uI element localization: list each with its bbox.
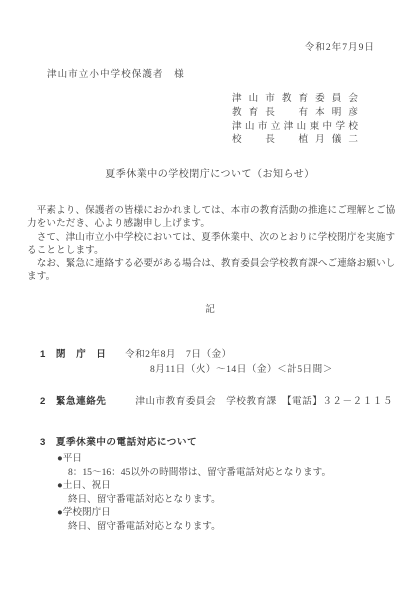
sender-superintendent: 教育長 有本明彦: [232, 106, 358, 120]
paragraph-1-line-2: 力をいただき、心より感謝申し上げます。: [27, 217, 393, 230]
document-page: 令和2年7月9日 津山市立小中学校保護者 様 津山市教育委員会 教育長 有本明彦…: [0, 0, 420, 594]
bullet-weekday-detail: 8：15～16：45以外の時間帯は、留守番電話対応となります。: [68, 466, 393, 480]
item-1-value-line-1: 令和2年8月 7日（金）: [125, 346, 232, 360]
item-2-label: 2 緊急連絡先: [40, 393, 135, 407]
item-1-label: 1 閉 庁 日: [40, 346, 125, 360]
document-date: 令和2年7月9日: [27, 41, 393, 54]
item-3-label: 3 夏季休業中の電話対応について: [40, 434, 197, 448]
item-emergency-contact: 2 緊急連絡先 津山市教育委員会 学校教育課 【電話】３２－２１１５: [40, 393, 393, 407]
bullet-weekday-heading: ●平日: [57, 452, 393, 466]
ki-separator: 記: [27, 303, 393, 316]
paragraph-2-line-2: ることとします。: [27, 244, 393, 257]
paragraph-2-line-1: さて、津山市立小中学校においては、夏季休業中、次のとおりに学校閉庁を実施す: [27, 231, 393, 244]
body-paragraphs: 平素より、保護者の皆様におかれましては、本市の教育活動の推進にご理解とご協 力を…: [27, 204, 393, 283]
paragraph-3-line-1: なお、緊急に連絡する必要がある場合は、教育委員会学校教育課へご連絡お願いし: [27, 257, 393, 270]
sender-organization: 津山市教育委員会: [232, 92, 358, 106]
paragraph-1-line-1: 平素より、保護者の皆様におかれましては、本市の教育活動の推進にご理解とご協: [27, 204, 393, 217]
item-2-value: 津山市教育委員会 学校教育課 【電話】３２－２１１５: [135, 393, 393, 407]
addressee-line: 津山市立小中学校保護者 様: [47, 68, 393, 81]
document-title: 夏季休業中の学校閉庁について（お知らせ）: [27, 168, 393, 182]
bullet-weekend-detail: 終日、留守番電話対応となります。: [68, 493, 393, 507]
sender-block: 津山市教育委員会 教育長 有本明彦 津山市立津山東中学校 校 長 植月儀二: [232, 92, 358, 147]
bullet-weekend-heading: ●土日、祝日: [57, 479, 393, 493]
paragraph-3-line-2: ます。: [27, 270, 393, 283]
item-phone-response: 3 夏季休業中の電話対応について: [40, 434, 393, 448]
phone-response-list: ●平日 8：15～16：45以外の時間帯は、留守番電話対応となります。 ●土日、…: [27, 452, 393, 533]
item-closure-days: 1 閉 庁 日 令和2年8月 7日（金）: [40, 346, 393, 360]
sender-school: 津山市立津山東中学校: [232, 120, 358, 134]
bullet-closureday-heading: ●学校閉庁日: [57, 506, 393, 520]
item-1-value-line-2: 8月11日（火）～14日（金）＜計5日間＞: [150, 363, 393, 376]
sender-principal: 校 長 植月儀二: [232, 133, 358, 147]
bullet-closureday-detail: 終日、留守番電話対応となります。: [68, 520, 393, 534]
